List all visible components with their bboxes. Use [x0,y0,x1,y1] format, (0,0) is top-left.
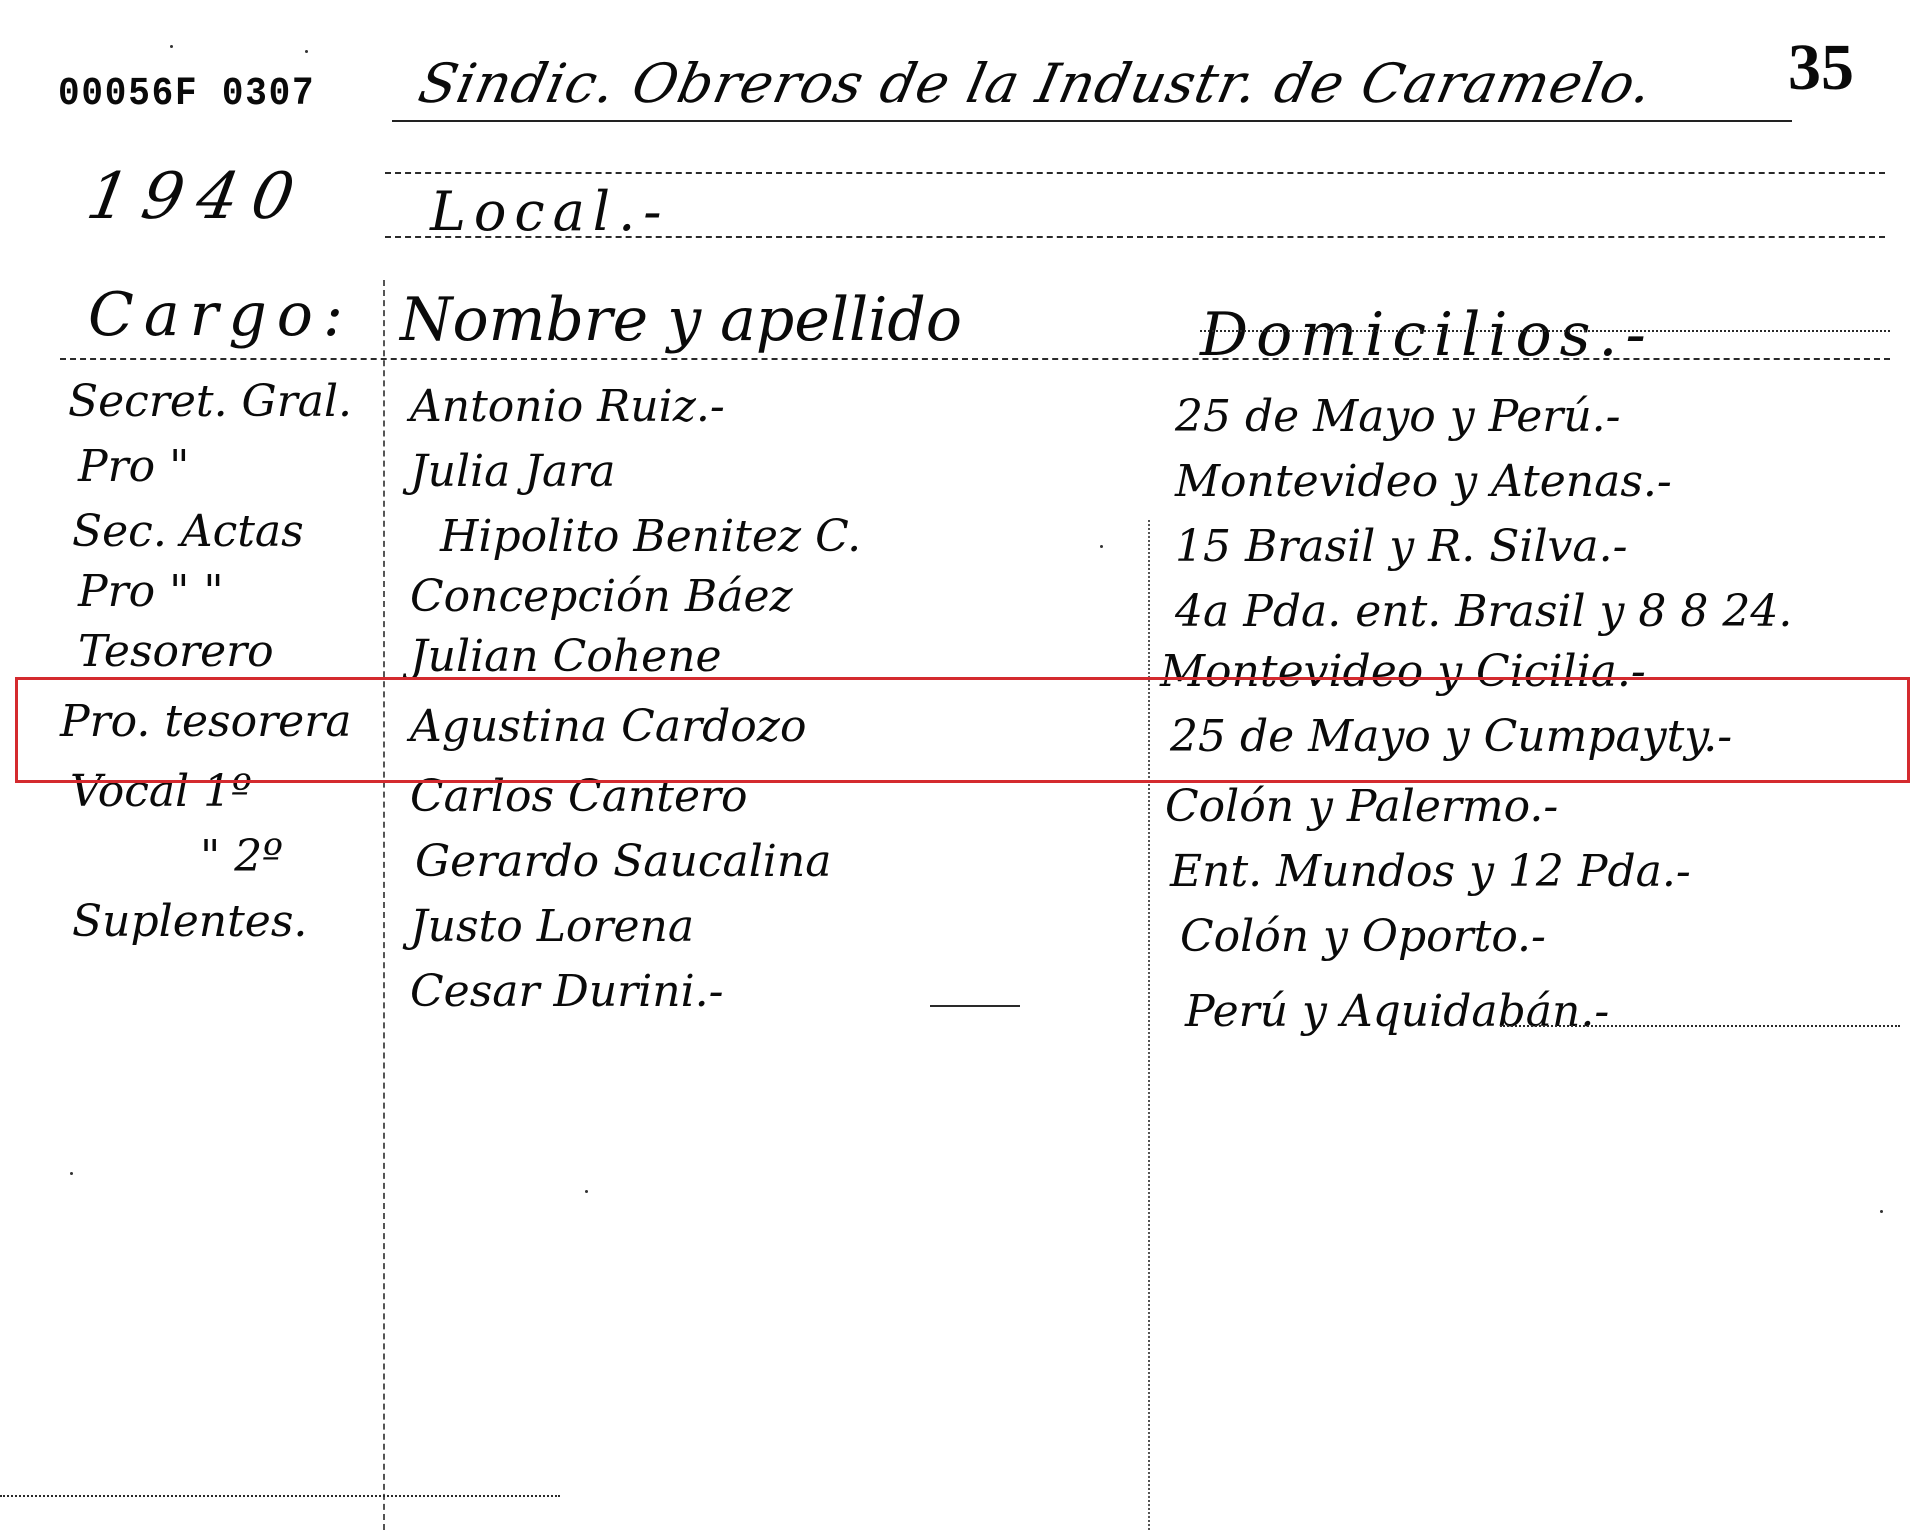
title-rule [392,120,1792,122]
archive-stamp-code: 00056F 0307 [58,72,315,117]
cell-domicilio: 15 Brasil y R. Silva.- [1175,525,1627,569]
column-header-cargo: Cargo: [88,280,353,350]
cell-nombre: Justo Lorena [410,905,694,949]
domicilio-end-rule [1500,1025,1900,1027]
cell-nombre: Hipolito Benitez C. [440,515,861,559]
cell-cargo: Secret. Gral. [68,380,352,424]
cell-nombre: Antonio Ruiz.- [410,385,725,429]
left-margin-rule [0,1495,560,1497]
scan-speck [170,45,173,48]
cell-nombre: Julia Jara [410,450,615,494]
cell-domicilio: 4a Pda. ent. Brasil y 8 8 24. [1175,590,1792,634]
page-number: 35 [1788,30,1854,106]
cell-domicilio: Colón y Palermo.- [1165,785,1558,829]
section-bottom-rule [385,236,1885,238]
scan-speck [70,1172,73,1175]
cell-domicilio: Perú y Aquidabán.- [1185,990,1609,1034]
domicilio-header-top-rule [1200,330,1890,332]
highlight-box [15,677,1910,783]
cell-domicilio: Montevideo y Atenas.- [1175,460,1672,504]
section-top-rule [385,172,1885,174]
scan-speck [585,1190,588,1193]
cell-domicilio: 25 de Mayo y Perú.- [1175,395,1621,439]
cell-nombre: Gerardo Saucalina [415,840,831,884]
cell-cargo: Pro " [78,445,189,489]
scan-speck [305,50,308,53]
cell-cargo: " 2º [200,835,283,879]
cell-domicilio: Ent. Mundos y 12 Pda.- [1170,850,1691,894]
scan-speck [1880,1210,1883,1213]
cell-domicilio: Colón y Oporto.- [1180,915,1546,959]
column-header-nombre: Nombre y apellido [400,285,962,355]
year-label: 1940 [81,160,313,234]
column-divider-2 [1148,520,1150,1530]
cell-nombre: Cesar Durini.- [410,970,724,1014]
section-label: Local.- [430,180,670,243]
cell-cargo: Tesorero [78,630,274,674]
cell-nombre: Julian Cohene [410,635,722,679]
cell-cargo: Sec. Actas [72,510,304,554]
column-divider-1 [383,280,385,1530]
cell-cargo: Pro " " [78,570,224,614]
document-title: Sindic. Obreros de la Industr. de Carame… [413,52,1658,115]
cell-cargo: Suplentes. [72,900,307,944]
cell-nombre: Concepción Báez [410,575,793,619]
row-end-rule [930,1005,1020,1007]
scan-speck [1100,545,1103,548]
header-rule [60,358,1890,360]
